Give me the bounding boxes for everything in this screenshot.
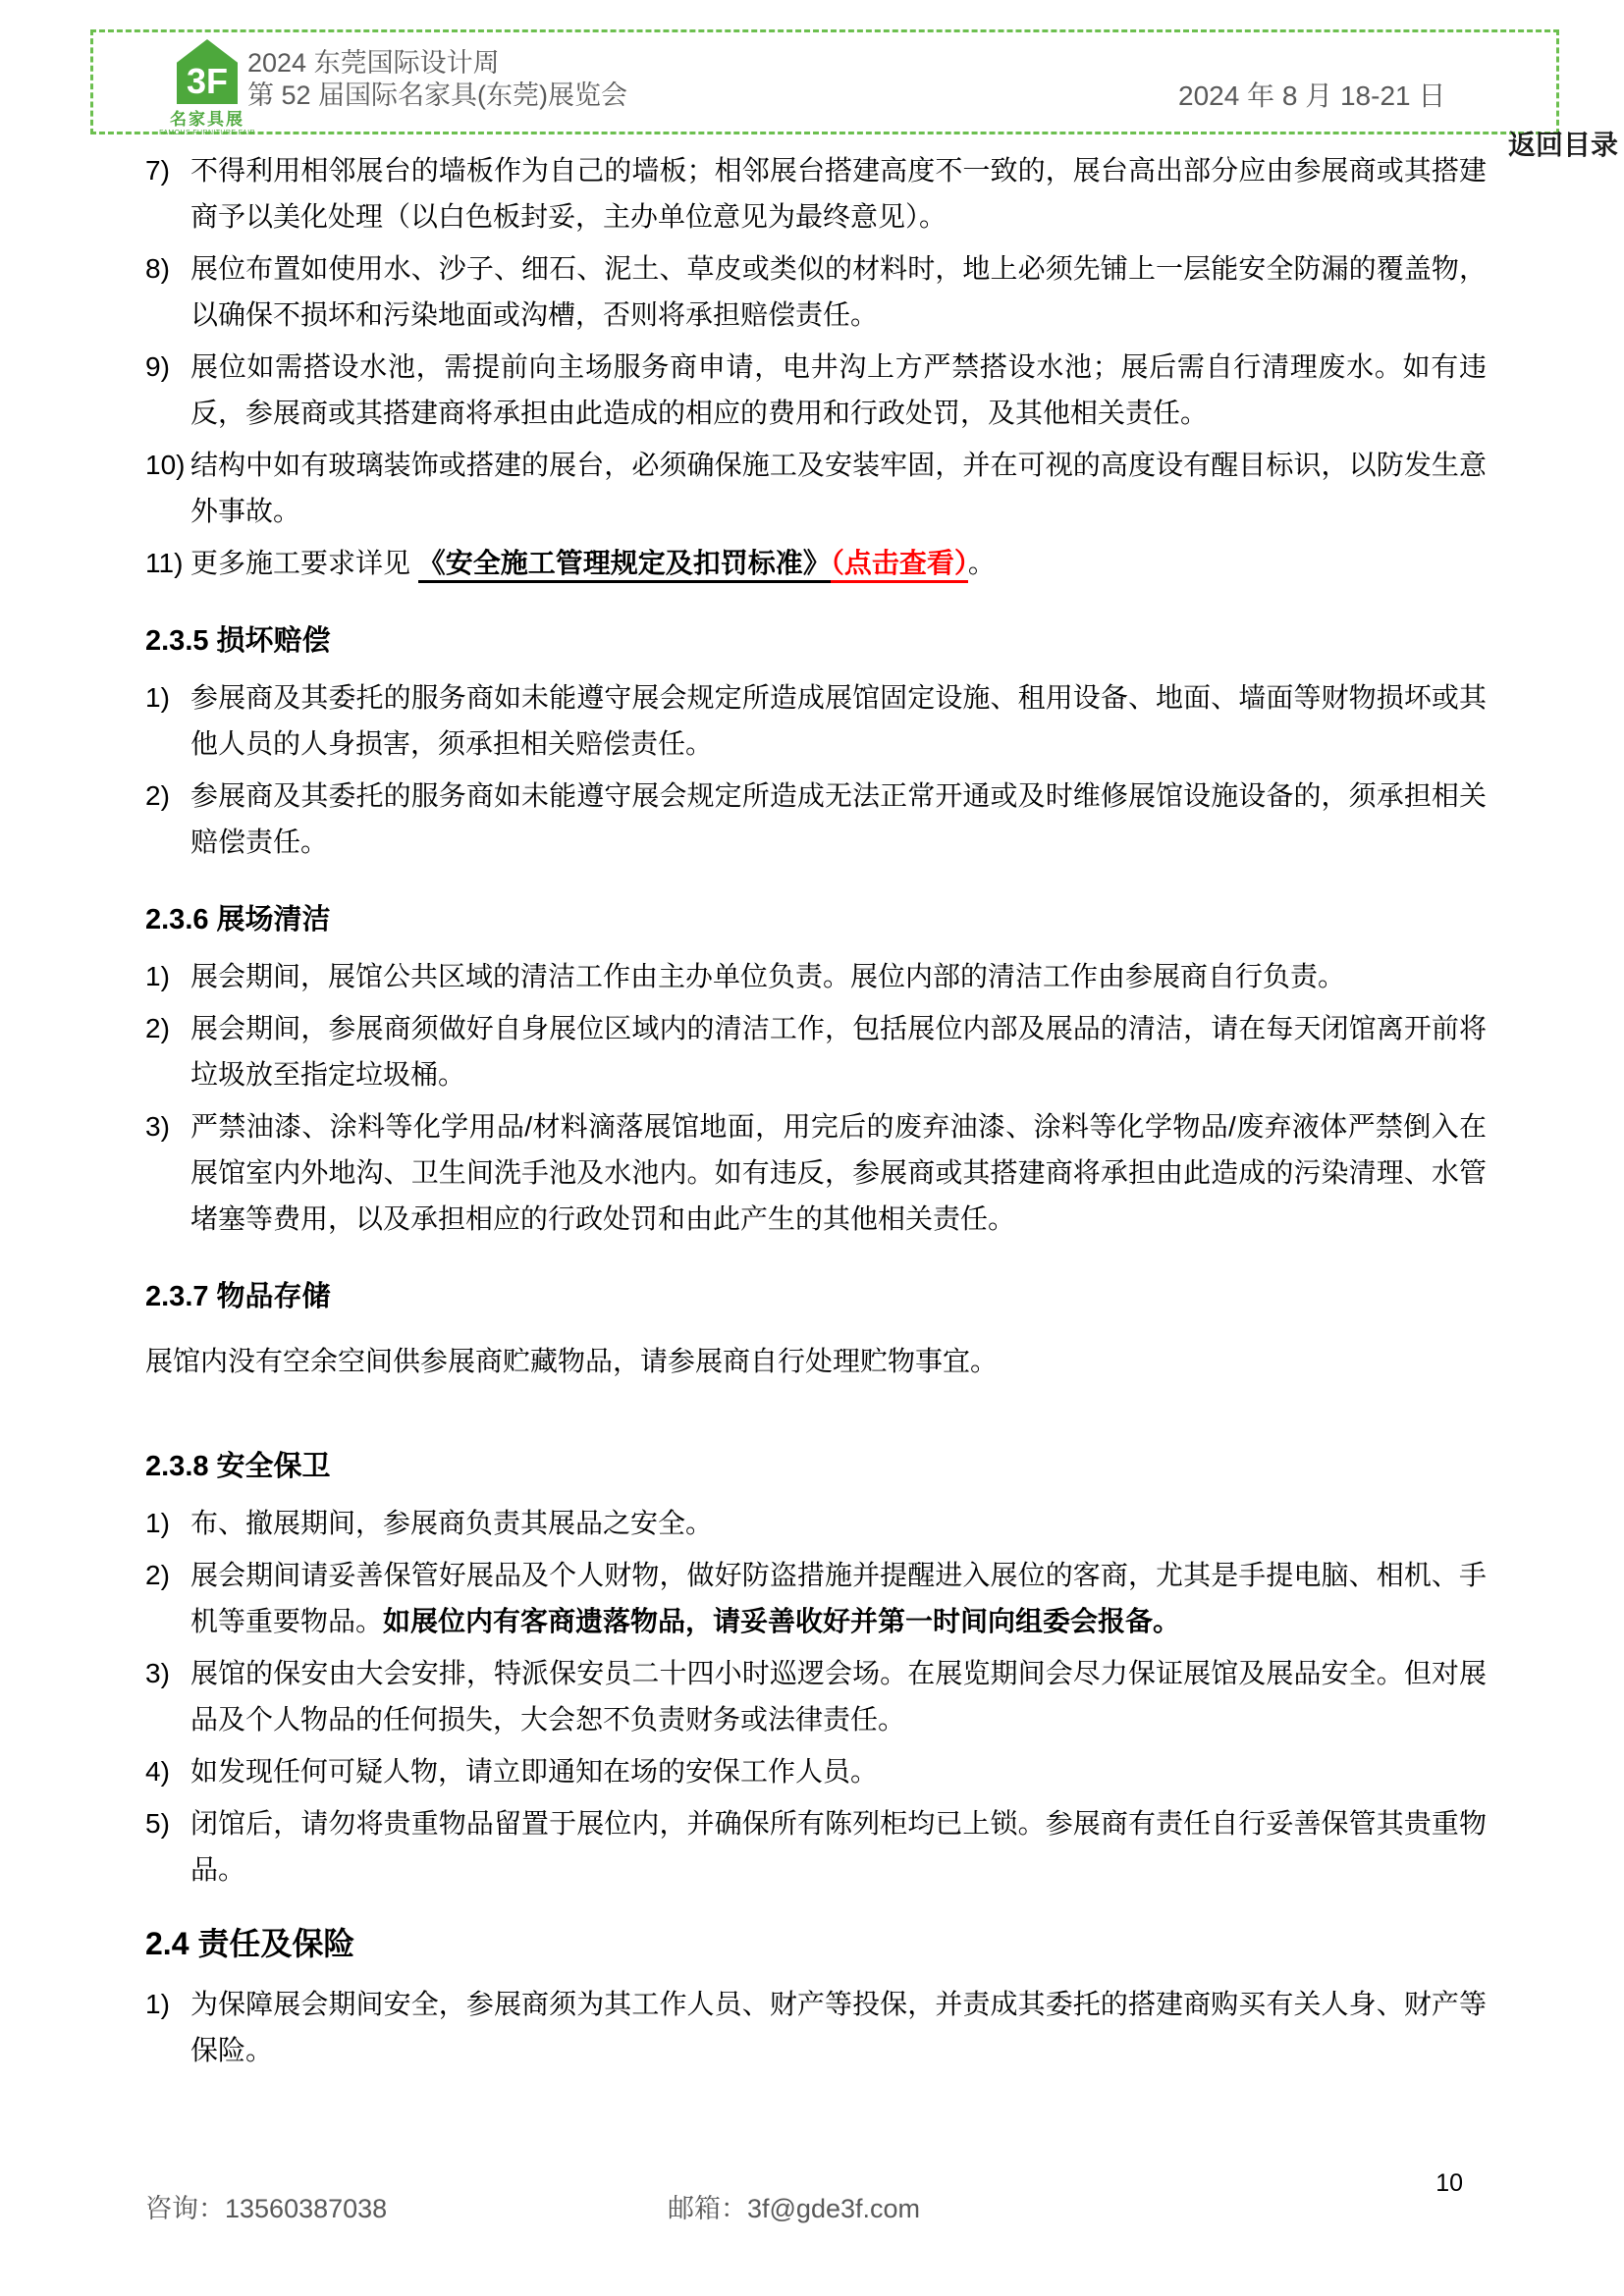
list-item: 11) 更多施工要求详见 《安全施工管理规定及扣罚标准》（点击查看）。	[145, 540, 1487, 586]
document-body: 7) 不得利用相邻展台的墙板作为自己的墙板；相邻展台搭建高度不一致的，展台高出部…	[145, 147, 1487, 2079]
list-item: 2) 展会期间请妥善保管好展品及个人财物，做好防盗措施并提醒进入展位的客商，尤其…	[145, 1552, 1487, 1644]
list-item-number: 5)	[145, 1800, 190, 1893]
list-item-number: 1)	[145, 1981, 190, 2073]
list-item: 1) 展会期间，展馆公共区域的清洁工作由主办单位负责。展位内部的清洁工作由参展商…	[145, 953, 1487, 999]
list-item: 3) 展馆的保安由大会安排，特派保安员二十四小时巡逻会场。在展览期间会尽力保证展…	[145, 1650, 1487, 1742]
list-item-number: 7)	[145, 147, 190, 240]
click-to-view-link[interactable]: （点击查看）	[831, 548, 968, 583]
list-item: 10) 结构中如有玻璃装饰或搭建的展台，必须确保施工及安装牢固，并在可视的高度设…	[145, 442, 1487, 534]
list-item-text: 展会期间，展馆公共区域的清洁工作由主办单位负责。展位内部的清洁工作由参展商自行负…	[190, 953, 1487, 999]
list-item-number: 2)	[145, 773, 190, 865]
list-item-text: 更多施工要求详见 《安全施工管理规定及扣罚标准》（点击查看）。	[190, 540, 1487, 586]
list-item: 8) 展位布置如使用水、沙子、细石、泥土、草皮或类似的材料时，地上必须先铺上一层…	[145, 245, 1487, 338]
section-heading-2-3-7: 2.3.7 物品存储	[145, 1277, 1487, 1316]
logo-mark: 3F	[187, 59, 228, 104]
list-item-text: 展位布置如使用水、沙子、细石、泥土、草皮或类似的材料时，地上必须先铺上一层能安全…	[190, 245, 1487, 338]
list-item: 9) 展位如需搭设水池，需提前向主场服务商申请，电井沟上方严禁搭设水池；展后需自…	[145, 344, 1487, 436]
list-item-number: 4)	[145, 1748, 190, 1794]
list-item: 4) 如发现任何可疑人物，请立即通知在场的安保工作人员。	[145, 1748, 1487, 1794]
section-heading-2-3-5: 2.3.5 损坏赔偿	[145, 621, 1487, 661]
section-heading-2-4: 2.4 责任及保险	[145, 1922, 1487, 1965]
page-number: 10	[1435, 2169, 1463, 2198]
list-item-number: 11)	[145, 540, 190, 586]
list-item-text: 参展商及其委托的服务商如未能遵守展会规定所造成无法正常开通或及时维修展馆设施设备…	[190, 773, 1487, 865]
list-item-number: 1)	[145, 1500, 190, 1546]
list-item-text: 布、撤展期间，参展商负责其展品之安全。	[190, 1500, 1487, 1546]
list-item-text: 参展商及其委托的服务商如未能遵守展会规定所造成展馆固定设施、租用设备、地面、墙面…	[190, 674, 1487, 767]
section-heading-2-3-6: 2.3.6 展场清洁	[145, 900, 1487, 939]
list-item-number: 8)	[145, 245, 190, 338]
footer-email: 邮箱：3f@gde3f.com	[668, 2187, 920, 2225]
safety-regulation-link-title[interactable]: 《安全施工管理规定及扣罚标准》	[418, 548, 831, 583]
logo-house-icon: 3F	[177, 39, 238, 104]
list-item-number: 9)	[145, 344, 190, 436]
list-item-number: 10)	[145, 442, 190, 534]
header-title-line1: 2024 东莞国际设计周	[247, 47, 627, 80]
list-item-number: 2)	[145, 1552, 190, 1644]
back-to-toc-link[interactable]: 返回目录	[1508, 124, 1618, 163]
logo-name-en: FAMOUS FURNITURE FAIR	[149, 130, 265, 136]
list-item: 1) 参展商及其委托的服务商如未能遵守展会规定所造成展馆固定设施、租用设备、地面…	[145, 674, 1487, 767]
list-item: 2) 参展商及其委托的服务商如未能遵守展会规定所造成无法正常开通或及时维修展馆设…	[145, 773, 1487, 865]
list-item: 1) 为保障展会期间安全，参展商须为其工作人员、财产等投保，并责成其委托的搭建商…	[145, 1981, 1487, 2073]
list-item-text: 展会期间，参展商须做好自身展位区域内的清洁工作，包括展位内部及展品的清洁，请在每…	[190, 1005, 1487, 1097]
list-item: 1) 布、撤展期间，参展商负责其展品之安全。	[145, 1500, 1487, 1546]
header-titles: 2024 东莞国际设计周 第 52 届国际名家具(东莞)展览会	[247, 47, 627, 112]
list-item-text: 闭馆后，请勿将贵重物品留置于展位内，并确保所有陈列柜均已上锁。参展商有责任自行妥…	[190, 1800, 1487, 1893]
list-item-text: 展会期间请妥善保管好展品及个人财物，做好防盗措施并提醒进入展位的客商，尤其是手提…	[190, 1552, 1487, 1644]
list-item-text: 如发现任何可疑人物，请立即通知在场的安保工作人员。	[190, 1748, 1487, 1794]
list-item-text: 不得利用相邻展台的墙板作为自己的墙板；相邻展台搭建高度不一致的，展台高出部分应由…	[190, 147, 1487, 240]
page: 3F 名家具展 FAMOUS FURNITURE FAIR 2024 东莞国际设…	[0, 0, 1624, 2296]
safety-regulation-link[interactable]: 《安全施工管理规定及扣罚标准》（点击查看）	[418, 548, 968, 583]
list-item: 3) 严禁油漆、涂料等化学用品/材料滴落展馆地面，用完后的废弃油漆、涂料等化学物…	[145, 1103, 1487, 1242]
list-item-text: 展馆的保安由大会安排，特派保安员二十四小时巡逻会场。在展览期间会尽力保证展馆及展…	[190, 1650, 1487, 1742]
list-item-number: 1)	[145, 674, 190, 767]
item11-suffix: 。	[968, 548, 996, 578]
list-item-number: 3)	[145, 1103, 190, 1242]
list-item-number: 3)	[145, 1650, 190, 1742]
list-item-text: 结构中如有玻璃装饰或搭建的展台，必须确保施工及安装牢固，并在可视的高度设有醒目标…	[190, 442, 1487, 534]
header-date: 2024 年 8 月 18-21 日	[1178, 75, 1445, 114]
item11-prefix: 更多施工要求详见	[190, 548, 410, 578]
page-footer: 咨询：13560387038 邮箱：3f@gde3f.com	[145, 2187, 1487, 2225]
storage-paragraph: 展馆内没有空余空间供参展商贮藏物品，请参展商自行处理贮物事宜。	[145, 1338, 1487, 1384]
list-item: 5) 闭馆后，请勿将贵重物品留置于展位内，并确保所有陈列柜均已上锁。参展商有责任…	[145, 1800, 1487, 1893]
list-item-text: 严禁油漆、涂料等化学用品/材料滴落展馆地面，用完后的废弃油漆、涂料等化学物品/废…	[190, 1103, 1487, 1242]
list-item: 7) 不得利用相邻展台的墙板作为自己的墙板；相邻展台搭建高度不一致的，展台高出部…	[145, 147, 1487, 240]
list-item-number: 2)	[145, 1005, 190, 1097]
header-title-line2: 第 52 届国际名家具(东莞)展览会	[247, 80, 627, 112]
section-heading-2-3-8: 2.3.8 安全保卫	[145, 1447, 1487, 1486]
list-item-text: 展位如需搭设水池，需提前向主场服务商申请，电井沟上方严禁搭设水池；展后需自行清理…	[190, 344, 1487, 436]
list-item: 2) 展会期间，参展商须做好自身展位区域内的清洁工作，包括展位内部及展品的清洁，…	[145, 1005, 1487, 1097]
footer-phone: 咨询：13560387038	[145, 2194, 387, 2223]
list-item-text: 为保障展会期间安全，参展商须为其工作人员、财产等投保，并责成其委托的搭建商购买有…	[190, 1981, 1487, 2073]
list-item-number: 1)	[145, 953, 190, 999]
item-text-bold: 如展位内有客商遗落物品，请妥善收好并第一时间向组委会报备。	[383, 1606, 1180, 1636]
